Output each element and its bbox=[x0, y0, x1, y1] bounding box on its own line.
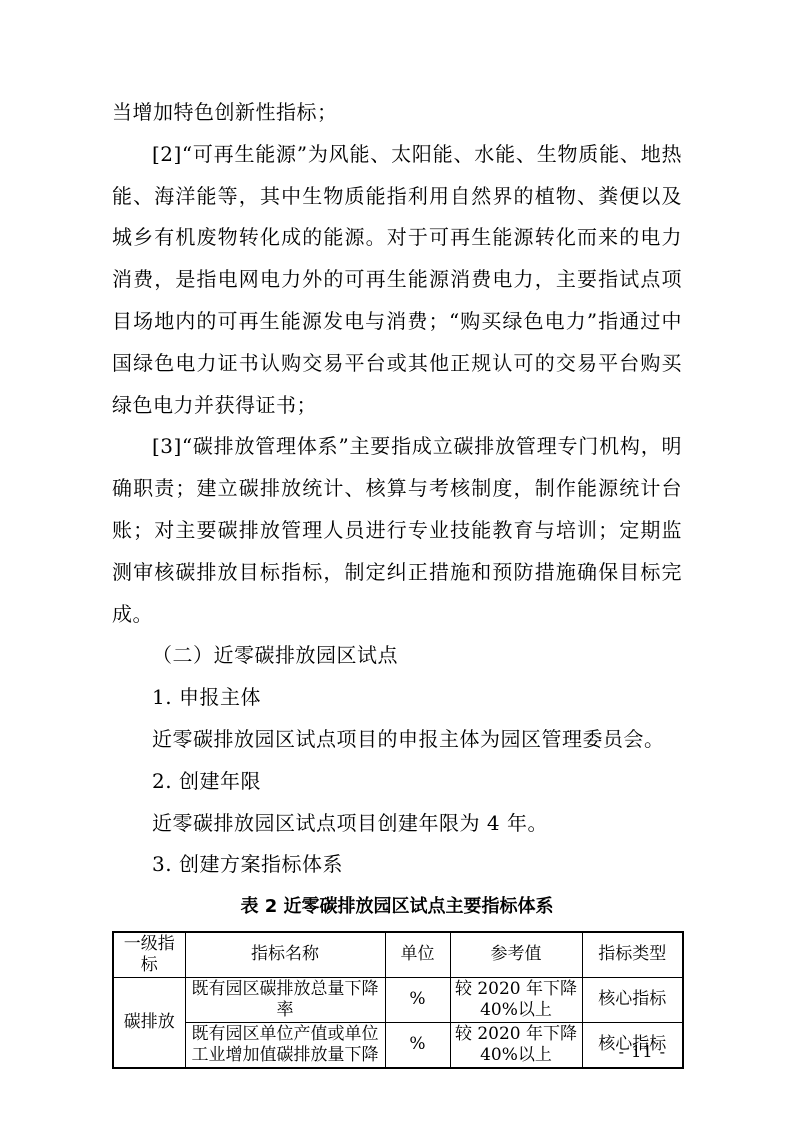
header-indicator-name: 指标名称 bbox=[185, 932, 385, 978]
body-paragraph: 近零碳排放园区试点项目的申报主体为园区管理委员会。 bbox=[112, 719, 682, 761]
table-header-row: 一级指标 指标名称 单位 参考值 指标类型 bbox=[113, 932, 683, 978]
body-paragraph: 近零碳排放园区试点项目创建年限为 4 年。 bbox=[112, 803, 682, 845]
cell-indicator-name: 既有园区碳排放总量下降率 bbox=[185, 977, 385, 1022]
cell-unit: % bbox=[385, 977, 450, 1022]
cell-reference-value: 较 2020 年下降 40%以上 bbox=[450, 977, 582, 1022]
numbered-item-1: 1. 申报主体 bbox=[112, 677, 682, 719]
cell-reference-value: 较 2020 年下降 40%以上 bbox=[450, 1022, 582, 1068]
header-indicator-type: 指标类型 bbox=[582, 932, 683, 978]
document-page: 当增加特色创新性指标； [2]“可再生能源”为风能、太阳能、水能、生物质能、地热… bbox=[0, 0, 794, 1123]
header-level1-indicator: 一级指标 bbox=[113, 932, 185, 978]
numbered-item-3: 3. 创建方案指标体系 bbox=[112, 844, 682, 886]
header-reference-value: 参考值 bbox=[450, 932, 582, 978]
page-number: - 11 - bbox=[619, 1042, 666, 1062]
header-unit: 单位 bbox=[385, 932, 450, 978]
table-row: 碳排放 既有园区碳排放总量下降率 % 较 2020 年下降 40%以上 核心指标 bbox=[113, 977, 683, 1022]
cell-indicator-name: 既有园区单位产值或单位工业增加值碳排放量下降 bbox=[185, 1022, 385, 1068]
cell-unit: % bbox=[385, 1022, 450, 1068]
cell-indicator-type: 核心指标 bbox=[582, 977, 683, 1022]
document-body: 当增加特色创新性指标； [2]“可再生能源”为风能、太阳能、水能、生物质能、地热… bbox=[112, 92, 682, 1069]
cell-category-carbon-emission: 碳排放 bbox=[113, 977, 185, 1068]
body-paragraph: 当增加特色创新性指标； bbox=[112, 92, 682, 134]
section-heading: （二）近零碳排放园区试点 bbox=[112, 635, 682, 677]
numbered-item-2: 2. 创建年限 bbox=[112, 761, 682, 803]
body-paragraph-note-2: [2]“可再生能源”为风能、太阳能、水能、生物质能、地热能、海洋能等，其中生物质… bbox=[112, 134, 682, 427]
indicator-table: 一级指标 指标名称 单位 参考值 指标类型 碳排放 既有园区碳排放总量下降率 %… bbox=[112, 931, 684, 1069]
table-row: 既有园区单位产值或单位工业增加值碳排放量下降 % 较 2020 年下降 40%以… bbox=[113, 1022, 683, 1068]
body-paragraph-note-3: [3]“碳排放管理体系”主要指成立碳排放管理专门机构，明确职责；建立碳排放统计、… bbox=[112, 426, 682, 635]
table-title: 表 2 近零碳排放园区试点主要指标体系 bbox=[112, 886, 682, 928]
